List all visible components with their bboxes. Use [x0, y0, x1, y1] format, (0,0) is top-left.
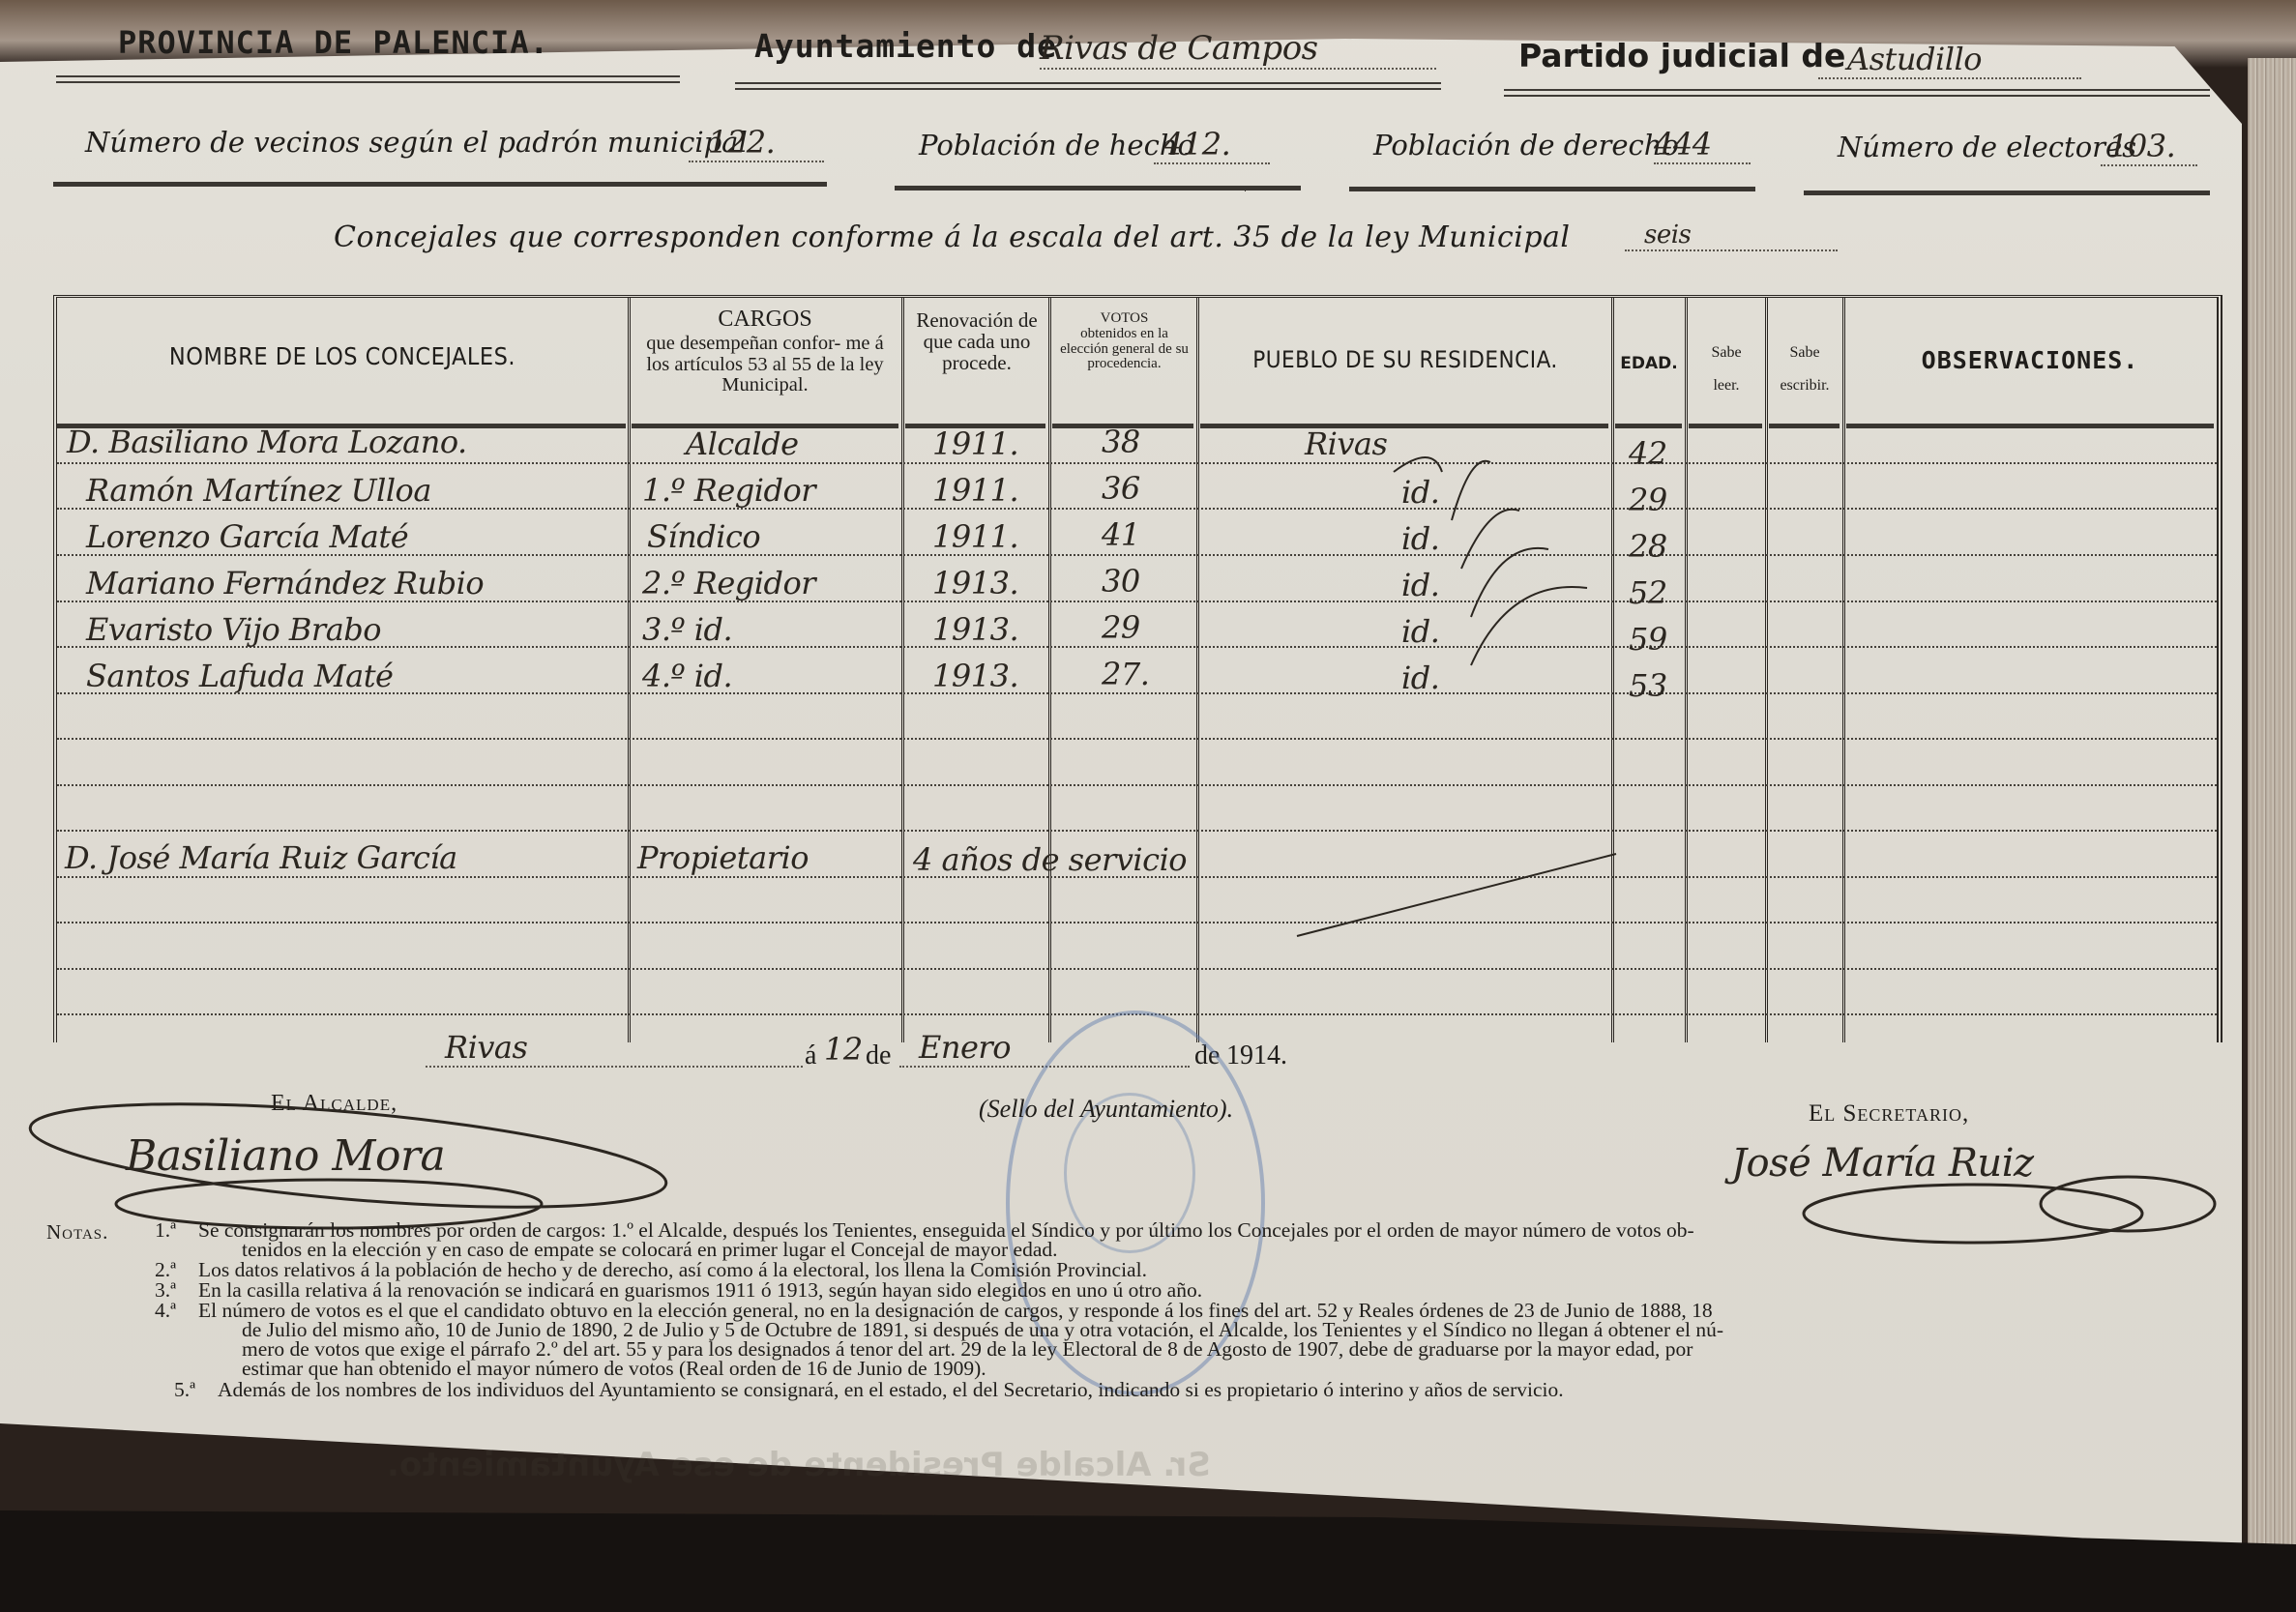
cell-nombre: Lorenzo García Maté [86, 518, 408, 555]
electores-label: Número de electores [1838, 131, 2136, 163]
ayuntamiento-value: Rivas de Campos [1040, 29, 1318, 68]
cell-cargo: Alcalde [686, 425, 799, 462]
cell-secretario-servicio: 4 años de servicio [913, 841, 1187, 878]
ditto-strokes [1200, 433, 1742, 975]
cell-renovacion: 1913. [932, 611, 1018, 648]
book-page-edges [2248, 58, 2296, 1567]
header-nombre: NOMBRE DE LOS CONCEJALES. [57, 344, 628, 369]
electores-value: 103. [2108, 128, 2175, 164]
vecinos-rule [53, 182, 827, 187]
cell-nombre: Santos Lafuda Maté [86, 658, 393, 694]
partido-label: Partido judicial de [1518, 37, 1845, 74]
date-place-field[interactable]: Rivas [426, 1029, 803, 1068]
ayuntamiento-field[interactable]: Rivas de Campos [1040, 29, 1436, 70]
concejales-field[interactable]: seis [1625, 220, 1838, 251]
cell-nombre: Evaristo Vijo Brabo [86, 611, 381, 648]
cell-renovacion: 1913. [932, 565, 1018, 601]
poblacion-derecho-value: 444 [1654, 126, 1712, 162]
date-year: 1914. [1226, 1040, 1287, 1071]
bleed-through-text: Sr. Alcalde Presidente de ese Ayuntamien… [387, 1446, 1211, 1484]
title-rule [56, 75, 680, 83]
vecinos-value: 122. [708, 124, 775, 161]
header-cargos: CARGOS que desempeñan confor- me á los a… [630, 308, 900, 396]
cell-votos: 27. [1102, 656, 1149, 692]
hecho-rule [895, 186, 1301, 191]
vecinos-field[interactable]: 122. [689, 124, 824, 162]
poblacion-derecho-field[interactable]: 444 [1654, 126, 1751, 164]
secretario-rubric [1799, 1156, 2263, 1262]
concejales-label: Concejales que corresponden conforme á l… [334, 220, 1571, 254]
cell-secretario-cargo: Propietario [637, 839, 809, 876]
poblacion-hecho-value: 412. [1163, 126, 1230, 162]
header-sabe-leer: Sabe leer. [1689, 337, 1764, 402]
partido-field[interactable]: Astudillo [1818, 41, 2081, 79]
ayuntamiento-rule [735, 82, 1441, 90]
cell-cargo: 3.º id. [642, 611, 732, 648]
cell-cargo: 1.º Regidor [642, 472, 815, 509]
cell-cargo: Síndico [647, 518, 760, 555]
cell-votos: 29 [1102, 609, 1140, 646]
cell-votos: 38 [1102, 424, 1140, 460]
seal-caption: (Sello del Ayuntamiento). [979, 1095, 1233, 1124]
header-edad: EDAD. [1614, 356, 1684, 373]
poblacion-derecho-label: Población de derecho [1373, 129, 1679, 161]
partido-value: Astudillo [1847, 41, 1982, 77]
cell-cargo: 4.º id. [642, 658, 732, 694]
date-day[interactable]: 12 [824, 1031, 863, 1068]
header-observaciones: OBSERVACIONES. [1846, 348, 2214, 373]
electores-rule [1804, 191, 2210, 195]
cell-nombre: Ramón Martínez Ulloa [86, 472, 431, 509]
secretario-label: El Secretario, [1809, 1100, 1969, 1128]
cell-renovacion: 1911. [932, 472, 1018, 509]
cell-votos: 30 [1102, 563, 1140, 600]
alcalde-rubric [19, 1088, 754, 1233]
cell-votos: 36 [1102, 470, 1140, 507]
poblacion-hecho-field[interactable]: 412. [1154, 126, 1270, 164]
concejales-value: seis [1644, 220, 1691, 249]
cell-renovacion: 1911. [932, 518, 1018, 555]
header-sabe-escribir: Sabe escribir. [1769, 337, 1840, 402]
partido-rule [1504, 89, 2210, 97]
header-pueblo: PUEBLO DE SU RESIDENCIA. [1200, 348, 1610, 372]
cell-renovacion: 1911. [932, 425, 1018, 462]
ayuntamiento-label: Ayuntamiento de [754, 27, 1057, 65]
date-month: Enero [919, 1029, 1011, 1066]
header-renovacion: Renovación de que cada uno procede. [906, 309, 1047, 373]
header-votos: VOTOS obtenidos en la elección general d… [1053, 311, 1195, 372]
notes-label: Notas. [46, 1222, 108, 1243]
concejales-table: NOMBRE DE LOS CONCEJALES. CARGOS que des… [53, 295, 2222, 1042]
vecinos-label: Número de vecinos según el padrón munici… [85, 126, 748, 159]
cell-nombre: D. Basiliano Mora Lozano. [67, 424, 467, 460]
date-place: Rivas [445, 1029, 527, 1066]
derecho-rule [1349, 187, 1755, 191]
cell-cargo: 2.º Regidor [642, 565, 815, 601]
cell-renovacion: 1913. [932, 658, 1018, 694]
provincia-title: PROVINCIA DE PALENCIA. [118, 24, 549, 61]
cell-secretario-nombre: D. José María Ruiz García [65, 839, 457, 876]
electores-field[interactable]: 103. [2101, 128, 2197, 166]
cell-votos: 41 [1102, 516, 1140, 553]
cell-nombre: Mariano Fernández Rubio [86, 565, 484, 601]
